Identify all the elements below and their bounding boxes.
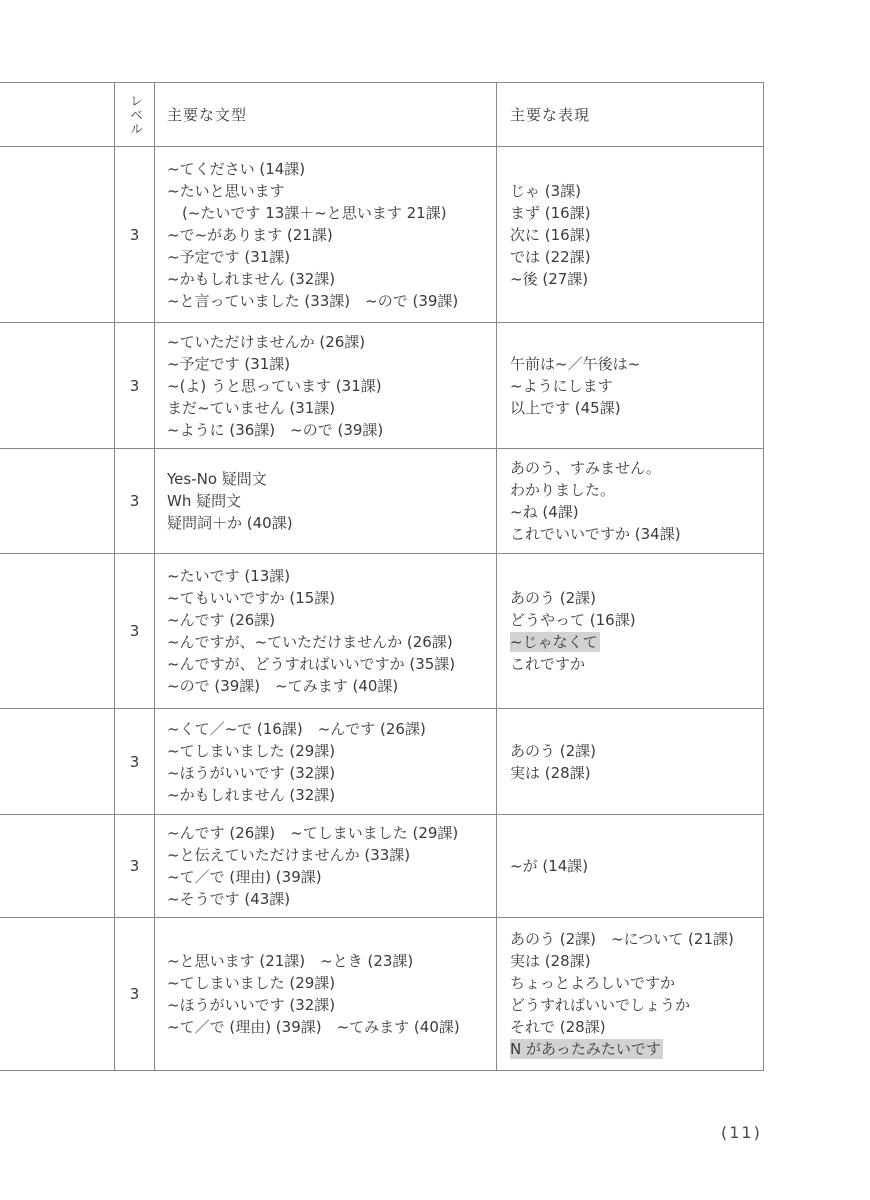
- expression-line: ちょっとよろしいですか: [510, 972, 763, 994]
- expression-line: じゃ (3課): [510, 180, 763, 202]
- expressions-cell: 午前は~／午後は~~ようにします以上です (45課): [497, 323, 764, 448]
- expression-line: あのう (2課): [510, 587, 763, 609]
- patterns-header-label: 主要な文型: [167, 104, 496, 125]
- expression-line: どうすればいいでしょうか: [510, 994, 763, 1016]
- level-cell: 3: [115, 323, 155, 448]
- expression-line: これでいいですか (34課): [510, 523, 763, 545]
- level-value: 3: [130, 753, 140, 771]
- expression-line: 以上です (45課): [510, 397, 763, 419]
- expression-line: ~ようにします: [510, 375, 763, 397]
- patterns-cell: Yes-No 疑問文Wh 疑問文疑問詞＋か (40課): [155, 449, 497, 553]
- expression-line: あのう、すみません。: [510, 457, 763, 479]
- pattern-line: ~ていただけませんか (26課): [167, 331, 496, 353]
- table-row: 3~たいです (13課)~てもいいですか (15課)~んです (26課)~んです…: [0, 554, 764, 709]
- patterns-cell: ~と思います (21課) ~とき (23課)~てしまいました (29課)~ほうが…: [155, 918, 497, 1070]
- patterns-cell: ~てください (14課)~たいと思います (~たいです 13課＋~と思います 2…: [155, 147, 497, 322]
- pattern-line: まだ~ていません (31課): [167, 397, 496, 419]
- unit-cell: [0, 554, 115, 708]
- pattern-line: ~と言っていました (33課) ~ので (39課): [167, 290, 496, 312]
- pattern-line: ~ほうがいいです (32課): [167, 994, 496, 1016]
- unit-cell: [0, 815, 115, 917]
- pattern-line: ~かもしれません (32課): [167, 784, 496, 806]
- pattern-line: ~で~があります (21課): [167, 224, 496, 246]
- pattern-line: ~そうです (43課): [167, 888, 496, 910]
- patterns-header-cell: 主要な文型: [155, 83, 497, 146]
- expression-line: それで (28課): [510, 1016, 763, 1038]
- page-number: (11): [721, 1123, 762, 1142]
- level-value: 3: [130, 377, 140, 395]
- table-body: 3~てください (14課)~たいと思います (~たいです 13課＋~と思います …: [0, 147, 764, 1071]
- expressions-cell: じゃ (3課)まず (16課)次に (16課)では (22課)~後 (27課): [497, 147, 764, 322]
- pattern-line: (~たいです 13課＋~と思います 21課): [167, 202, 496, 224]
- level-header-label: レベル: [128, 94, 141, 136]
- patterns-cell: ~ていただけませんか (26課)~予定です (31課)~(よ) うと思っています…: [155, 323, 497, 448]
- level-header-cell: レベル: [115, 83, 155, 146]
- pattern-line: ~てください (14課): [167, 158, 496, 180]
- pattern-line: ~んです (26課): [167, 609, 496, 631]
- pattern-line: ~ように (36課) ~ので (39課): [167, 419, 496, 441]
- level-cell: 3: [115, 449, 155, 553]
- unit-cell: [0, 918, 115, 1070]
- level-value: 3: [130, 857, 140, 875]
- pattern-line: ~んです (26課) ~てしまいました (29課): [167, 822, 496, 844]
- highlighted-expression: ~じゃなくて: [510, 632, 600, 652]
- table-row: 3~と思います (21課) ~とき (23課)~てしまいました (29課)~ほう…: [0, 918, 764, 1071]
- grammar-level-table: レベル 主要な文型 主要な表現 3~てください (14課)~たいと思います (~…: [0, 82, 764, 1071]
- table-row: 3~てください (14課)~たいと思います (~たいです 13課＋~と思います …: [0, 147, 764, 323]
- expression-line: どうやって (16課): [510, 609, 763, 631]
- expression-line: ~ね (4課): [510, 501, 763, 523]
- expression-line: わかりました。: [510, 479, 763, 501]
- expression-line: 実は (28課): [510, 950, 763, 972]
- table-row: 3~ていただけませんか (26課)~予定です (31課)~(よ) うと思っていま…: [0, 323, 764, 449]
- pattern-line: ~んですが、~ていただけませんか (26課): [167, 631, 496, 653]
- level-value: 3: [130, 985, 140, 1003]
- highlighted-expression: N があったみたいです: [510, 1039, 663, 1059]
- expression-line: ~じゃなくて: [510, 631, 763, 653]
- pattern-line: ~予定です (31課): [167, 246, 496, 268]
- level-value: 3: [130, 492, 140, 510]
- level-cell: 3: [115, 918, 155, 1070]
- pattern-line: ~て／で (理由) (39課): [167, 866, 496, 888]
- pattern-line: ~たいと思います: [167, 180, 496, 202]
- expressions-cell: あのう (2課)実は (28課): [497, 709, 764, 814]
- pattern-line: ~予定です (31課): [167, 353, 496, 375]
- expression-line: では (22課): [510, 246, 763, 268]
- expressions-cell: あのう (2課)どうやって (16課)~じゃなくてこれですか: [497, 554, 764, 708]
- expressions-header-cell: 主要な表現: [497, 83, 764, 146]
- patterns-cell: ~くて／~で (16課) ~んです (26課)~てしまいました (29課)~ほう…: [155, 709, 497, 814]
- pattern-line: 疑問詞＋か (40課): [167, 512, 496, 534]
- expressions-cell: ~が (14課): [497, 815, 764, 917]
- expression-line: まず (16課): [510, 202, 763, 224]
- expression-line: ~が (14課): [510, 855, 763, 877]
- unit-cell: [0, 147, 115, 322]
- unit-header-cell: [0, 83, 115, 146]
- patterns-cell: ~たいです (13課)~てもいいですか (15課)~んです (26課)~んですが…: [155, 554, 497, 708]
- pattern-line: ~んですが、どうすればいいですか (35課): [167, 653, 496, 675]
- expression-line: N があったみたいです: [510, 1038, 763, 1060]
- table-row: 3~くて／~で (16課) ~んです (26課)~てしまいました (29課)~ほ…: [0, 709, 764, 815]
- pattern-line: ~ほうがいいです (32課): [167, 762, 496, 784]
- level-cell: 3: [115, 554, 155, 708]
- expression-line: 午前は~／午後は~: [510, 353, 763, 375]
- expressions-cell: あのう (2課) ~について (21課)実は (28課)ちょっとよろしいですかど…: [497, 918, 764, 1070]
- level-cell: 3: [115, 147, 155, 322]
- pattern-line: ~てしまいました (29課): [167, 972, 496, 994]
- pattern-line: ~て／で (理由) (39課) ~てみます (40課): [167, 1016, 496, 1038]
- pattern-line: Wh 疑問文: [167, 490, 496, 512]
- pattern-line: ~てしまいました (29課): [167, 740, 496, 762]
- pattern-line: ~くて／~で (16課) ~んです (26課): [167, 718, 496, 740]
- table-header-row: レベル 主要な文型 主要な表現: [0, 83, 764, 147]
- patterns-cell: ~んです (26課) ~てしまいました (29課)~と伝えていただけませんか (…: [155, 815, 497, 917]
- pattern-line: ~てもいいですか (15課): [167, 587, 496, 609]
- expressions-cell: あのう、すみません。わかりました。~ね (4課)これでいいですか (34課): [497, 449, 764, 553]
- level-cell: 3: [115, 709, 155, 814]
- level-value: 3: [130, 226, 140, 244]
- pattern-line: ~と伝えていただけませんか (33課): [167, 844, 496, 866]
- expression-line: ~後 (27課): [510, 268, 763, 290]
- unit-cell: [0, 709, 115, 814]
- expression-line: 実は (28課): [510, 762, 763, 784]
- pattern-line: ~と思います (21課) ~とき (23課): [167, 950, 496, 972]
- pattern-line: ~かもしれません (32課): [167, 268, 496, 290]
- expressions-header-label: 主要な表現: [510, 104, 763, 125]
- expression-line: 次に (16課): [510, 224, 763, 246]
- table-row: 3~んです (26課) ~てしまいました (29課)~と伝えていただけませんか …: [0, 815, 764, 918]
- expression-line: あのう (2課): [510, 740, 763, 762]
- pattern-line: Yes-No 疑問文: [167, 468, 496, 490]
- pattern-line: ~ので (39課) ~てみます (40課): [167, 675, 496, 697]
- pattern-line: ~(よ) うと思っています (31課): [167, 375, 496, 397]
- table-row: 3Yes-No 疑問文Wh 疑問文疑問詞＋か (40課)あのう、すみません。わか…: [0, 449, 764, 554]
- level-cell: 3: [115, 815, 155, 917]
- unit-cell: [0, 449, 115, 553]
- expression-line: これですか: [510, 653, 763, 675]
- pattern-line: ~たいです (13課): [167, 565, 496, 587]
- unit-cell: [0, 323, 115, 448]
- level-value: 3: [130, 622, 140, 640]
- expression-line: あのう (2課) ~について (21課): [510, 928, 763, 950]
